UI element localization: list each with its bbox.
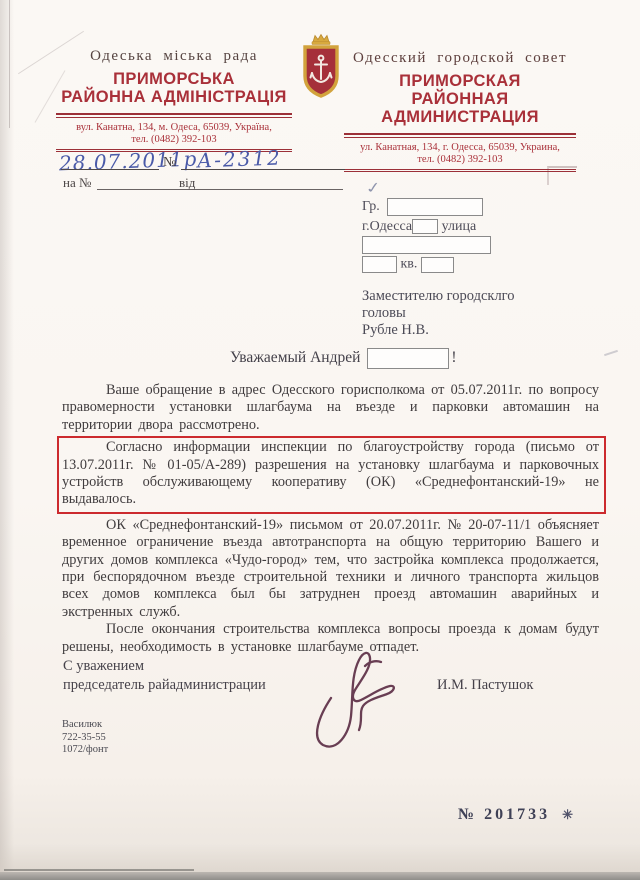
- redaction-box: [367, 348, 449, 369]
- redaction-box: [362, 256, 397, 273]
- underline: [181, 169, 345, 170]
- address-line: тел. (0482) 392-103: [52, 134, 296, 146]
- org-name-line1: ПРИМОРСЬКА: [52, 70, 296, 88]
- letterhead-russian: Одесский городской совет ПРИМОРСКАЯ РАЙО…: [340, 50, 580, 172]
- underline: [61, 169, 159, 170]
- signer-name: И.М. Пастушок: [437, 677, 533, 694]
- fold-mark: [9, 0, 10, 128]
- body-paragraph-2-highlighted: Согласно информации инспекции по благоус…: [62, 439, 599, 509]
- form-serial-number: № 201733✳: [458, 806, 573, 824]
- org-name-line2: РАЙОННА АДМІНІСТРАЦІЯ: [52, 88, 296, 106]
- redaction-box: [387, 198, 483, 216]
- divider-double-line: [344, 133, 576, 138]
- divider-double-line: [56, 113, 292, 118]
- salutation-exclamation: !: [451, 349, 456, 366]
- redaction-box: [362, 236, 491, 254]
- recipient-position-line2: головы: [362, 305, 515, 322]
- letterhead-ukrainian: Одеська міська рада ПРИМОРСЬКА РАЙОННА А…: [52, 48, 296, 152]
- divider-double-line: [344, 169, 576, 172]
- page-edge-shadow: [0, 0, 14, 880]
- apartment-label: кв.: [401, 257, 418, 272]
- address-line: ул. Канатная, 134, г. Одесса, 65039, Укр…: [340, 142, 580, 154]
- salutation-line: Уважаемый Андрей!: [230, 348, 457, 369]
- closing-block: С уважением председатель райадминистраци…: [63, 657, 266, 695]
- executor-block: Василюк 722-35-55 1072/фонт: [62, 719, 108, 757]
- pen-mark: [604, 350, 618, 356]
- redaction-box: [421, 257, 454, 273]
- body-paragraph-3: ОК «Среднефонтанский-19» письмом от 20.0…: [62, 517, 599, 621]
- handwritten-date: 28.07.2011р: [59, 147, 198, 176]
- address-line: тел. (0482) 392-103: [340, 154, 580, 166]
- underlying-page-edge: [4, 869, 194, 871]
- signature-scribble: [293, 646, 413, 761]
- city-text: г.Одесса: [362, 219, 412, 234]
- org-name-line1: ПРИМОРСКАЯ: [340, 72, 580, 90]
- scanner-background-strip: [0, 872, 640, 880]
- closing-regards: С уважением: [63, 657, 266, 676]
- scan-bottom-shadow: [0, 844, 640, 872]
- underline: [205, 189, 343, 190]
- closing-position: председатель райадминистрации: [63, 676, 266, 695]
- from-date-label: від: [179, 175, 195, 191]
- council-name: Одесский городской совет: [340, 50, 580, 67]
- council-name: Одеська міська рада: [52, 48, 296, 65]
- body-paragraph-1: Ваше обращение в адрес Одесского гориспо…: [62, 382, 599, 434]
- executor-code: 1072/фонт: [62, 744, 108, 757]
- executor-name: Василюк: [62, 719, 108, 732]
- reference-fields: 28.07.2011р № А-2312 на № від: [55, 149, 355, 194]
- citizen-label: Гр.: [362, 199, 380, 214]
- checkmark-icon: ✓: [364, 178, 384, 197]
- street-label: улица: [442, 219, 477, 234]
- number-sign: №: [163, 155, 176, 171]
- recipient-position-line1: Заместителю городсклго: [362, 288, 515, 305]
- asterisk-icon: ✳: [562, 807, 573, 822]
- executor-phone: 722-35-55: [62, 732, 108, 745]
- coat-of-arms-icon: [299, 33, 343, 111]
- salutation-text: Уважаемый Андрей: [230, 349, 360, 366]
- address-line: вул. Канатна, 134, м. Одеса, 65039, Укра…: [52, 122, 296, 134]
- scanned-letter-page: Одеська міська рада ПРИМОРСЬКА РАЙОННА А…: [0, 0, 640, 880]
- recipient-name: Рубле Н.В.: [362, 322, 515, 339]
- letter-body: Ваше обращение в адрес Одесского гориспо…: [62, 382, 599, 656]
- redaction-box: [412, 219, 438, 234]
- incoming-number-label: на №: [63, 175, 91, 191]
- org-name-line2: РАЙОННАЯ АДМИНИСТРАЦИЯ: [340, 90, 580, 126]
- red-highlight-box: Согласно информации инспекции по благоус…: [57, 436, 606, 514]
